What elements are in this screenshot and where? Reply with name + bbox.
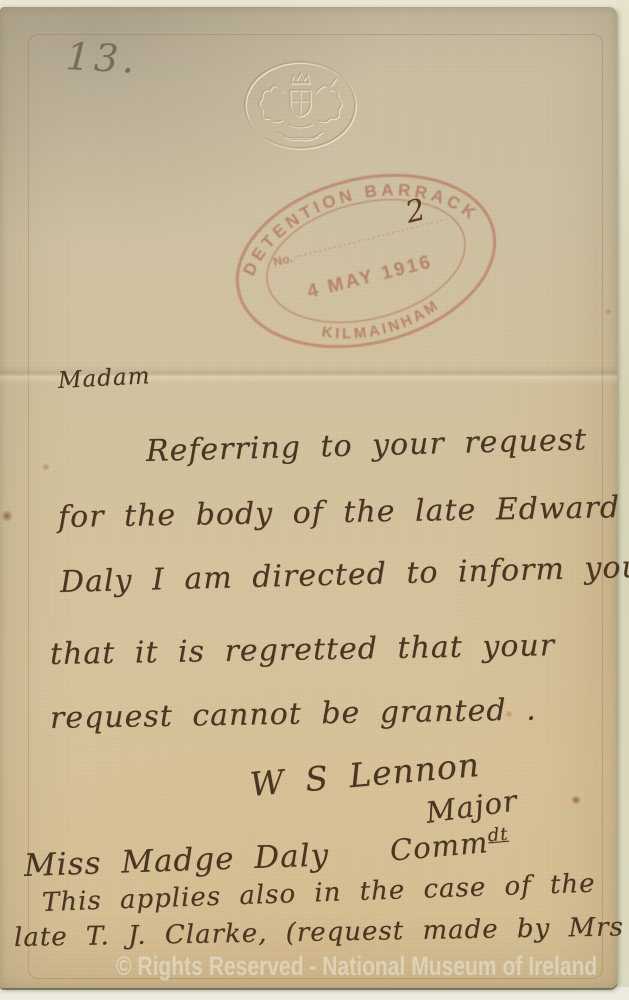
scanned-letter-photo: DETENTION BARRACK KILMAINHAM No. 4 MAY 1… (0, 0, 629, 1000)
foxing-spot (605, 308, 612, 315)
letter-salutation: Madam (57, 365, 151, 393)
foxing-spot (571, 795, 581, 805)
stamp-arc-bottom: KILMAINHAM (317, 294, 447, 353)
foxing-spot (505, 710, 513, 718)
backing-edge-bottom (0, 987, 629, 1000)
stamp-date: 4 MAY 1916 (305, 251, 435, 302)
stamp-number-label: No. (272, 251, 294, 269)
copyright-watermark: © Rights Reserved - National Museum of I… (116, 951, 597, 982)
letter-body-line: that it is regretted that your (50, 631, 556, 670)
detention-barrack-stamp: DETENTION BARRACK KILMAINHAM No. 4 MAY 1… (226, 166, 506, 356)
letter-body-line: request cannot be granted . (50, 696, 537, 734)
signature-title-superscript: dt (487, 824, 509, 847)
pencil-page-number: 13. (65, 34, 140, 82)
royal-crest-emboss (238, 56, 362, 154)
foxing-spot (42, 463, 50, 471)
foxing-spot (1, 510, 13, 522)
